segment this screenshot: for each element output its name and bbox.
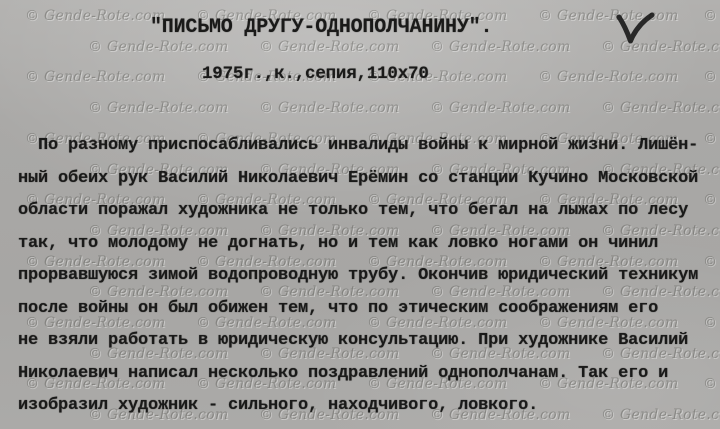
watermark-text: © Gende-Rote.com [88,100,229,116]
watermark-text: © Gende-Rote.com [538,69,679,85]
watermark-text: © Gende-Rote.com [703,69,720,85]
scanned-document-page: © Gende-Rote.com© Gende-Rote.com© Gende-… [0,0,720,429]
watermark-text: © Gende-Rote.com [430,39,571,55]
watermark-text: © Gende-Rote.com [25,8,166,24]
watermark-text: © Gende-Rote.com [430,100,571,116]
watermark-text: © Gende-Rote.com [88,39,229,55]
watermark-text: © Gende-Rote.com [703,8,720,24]
checkmark-annotation [612,10,662,48]
watermark-text: © Gende-Rote.com [259,100,400,116]
paragraph-line: области поражал художника не только тем,… [18,195,718,228]
paragraph-line: прорвавшуюся зимой водопроводную трубу. … [18,260,718,293]
paragraph-line: По разному приспосабливались инвалиды во… [18,130,718,163]
watermark-text: © Gende-Rote.com [259,39,400,55]
artwork-title: "ПИСЬМО ДРУГУ-ОДНОПОЛЧАНИНУ". [150,16,492,39]
paragraph-line: Николаевич написал несколько поздравлени… [18,358,718,391]
paragraph-line: так, что молодому не догнать, но и тем к… [18,228,718,261]
watermark-text: © Gende-Rote.com [25,69,166,85]
paragraph-line: не взяли работать в юридическую консульт… [18,325,718,358]
watermark-text: © Gende-Rote.com [601,100,720,116]
paragraph-line: изобразил художник - сильного, находчиво… [18,390,718,423]
description-paragraph: По разному приспосабливались инвалиды во… [18,130,718,423]
artwork-caption: 1975г.,к.,сепия,110х70 [202,64,429,84]
paragraph-line: ный обеих рук Василий Николаевич Ерёмин … [18,163,718,196]
paragraph-line: после войны он был обижен тем, что по эт… [18,293,718,326]
